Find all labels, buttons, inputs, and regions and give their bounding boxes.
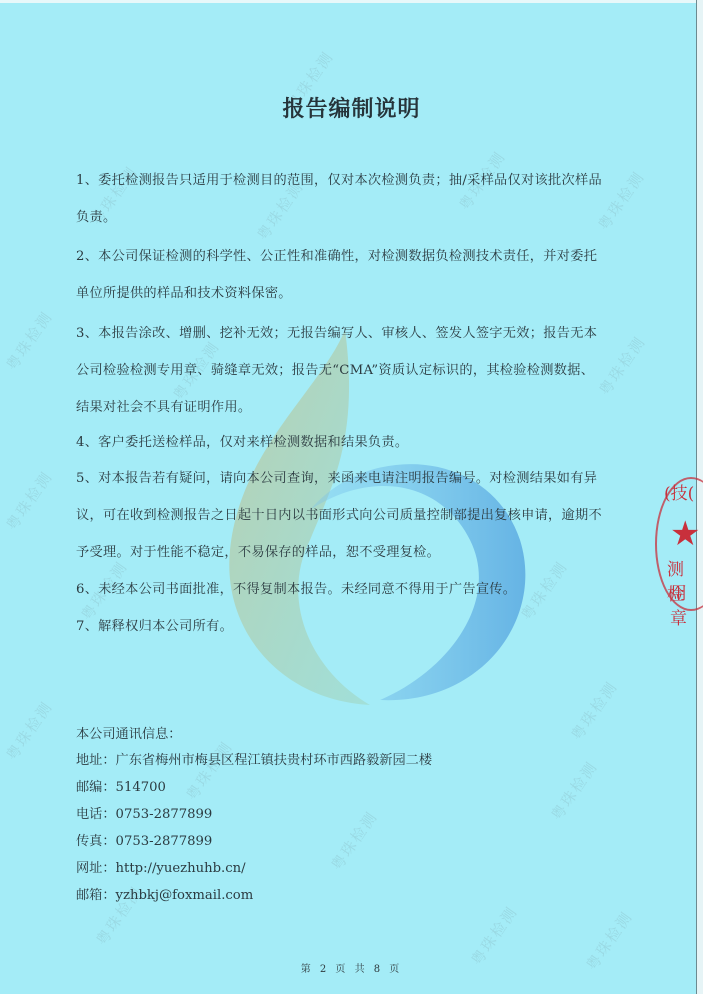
clause-2-line-1: 2、本公司保证检测的科学性、公正性和准确性，对检测数据负检测技术责任，并对委托: [76, 238, 636, 275]
clause-1-line-2: 负责。: [76, 199, 636, 236]
clause-1: 1、委托检测报告只适用于检测目的范围，仅对本次检测负责；抽/采样品仅对该批次样品…: [76, 162, 636, 236]
contact-heading: 本公司通讯信息：: [76, 726, 182, 744]
clause-5: 5、对本报告若有疑问，请向本公司查询，来函来电请注明报告编号。对检测结果如有异 …: [76, 460, 636, 571]
watermark: 粤珠检测: [1, 307, 57, 375]
contact-email[interactable]: 邮箱：yzhbkj@foxmail.com: [76, 887, 253, 905]
document-title: 报告编制说明: [0, 92, 703, 123]
clause-3: 3、本报告涂改、增删、挖补无效；无报告编写人、审核人、签发人签字无效；报告无本 …: [76, 315, 636, 426]
contact-address: 地址：广东省梅州市梅县区程江镇扶贵村环市西路毅新园二楼: [76, 752, 432, 770]
watermark: 粤珠检测: [1, 467, 57, 535]
contact-website[interactable]: 网址：http://yuezhuhb.cn/: [76, 860, 246, 878]
star-icon: ★: [670, 517, 700, 551]
clause-3-line-1: 3、本报告涂改、增删、挖补无效；无报告编写人、审核人、签发人签字无效；报告无本: [76, 315, 636, 352]
contact-phone: 电话：0753-2877899: [76, 806, 212, 824]
clause-4: 4、客户委托送检样品，仅对来样检测数据和结果负责。: [76, 424, 636, 461]
clause-7: 7、解释权归本公司所有。: [76, 608, 636, 645]
clause-6-line-1: 6、未经本公司书面批准，不得复制本报告。未经同意不得用于广告宣传。: [76, 571, 636, 608]
watermark: 粤珠检测: [326, 807, 382, 875]
clause-2-line-2: 单位所提供的样品和技术资料保密。: [76, 275, 636, 312]
contact-fax: 传真：0753-2877899: [76, 833, 212, 851]
clause-5-line-2: 议，可在收到检测报告之日起十日内以书面形式向公司质量控制部提出复核申请，逾期不: [76, 497, 636, 534]
clause-7-line-1: 7、解释权归本公司所有。: [76, 608, 636, 645]
seal-text-top: (技(: [664, 479, 694, 504]
watermark: 粤珠检测: [566, 677, 622, 745]
clause-5-line-1: 5、对本报告若有疑问，请向本公司查询，来函来电请注明报告编号。对检测结果如有异: [76, 460, 636, 497]
clause-5-line-3: 予受理。对于性能不稳定，不易保存的样品，恕不受理复检。: [76, 534, 636, 571]
clause-3-line-2: 公司检验检测专用章、骑缝章无效；报告无“CMA”资质认定标识的，其检验检测数据、: [76, 352, 636, 389]
clause-2: 2、本公司保证检测的科学性、公正性和准确性，对检测数据负检测技术责任，并对委托 …: [76, 238, 636, 312]
clause-3-line-3: 结果对社会不具有证明作用。: [76, 389, 636, 426]
watermark: 粤珠检测: [546, 757, 602, 825]
watermark: 粤珠检测: [1, 697, 57, 765]
page-number: 第 2 页 共 8 页: [0, 960, 703, 975]
seal-stamp: (技( ★ 测检 用章: [650, 455, 700, 615]
clause-1-line-1: 1、委托检测报告只适用于检测目的范围，仅对本次检测负责；抽/采样品仅对该批次样品: [76, 162, 636, 199]
clause-6: 6、未经本公司书面批准，不得复制本报告。未经同意不得用于广告宣传。: [76, 571, 636, 608]
contact-postcode: 邮编：514700: [76, 779, 166, 797]
page-top-edge: [0, 0, 703, 3]
watermark: 粤珠检测: [181, 737, 237, 805]
seal-text-bottom: 用章: [670, 579, 700, 629]
clause-4-line-1: 4、客户委托送检样品，仅对来样检测数据和结果负责。: [76, 424, 636, 461]
